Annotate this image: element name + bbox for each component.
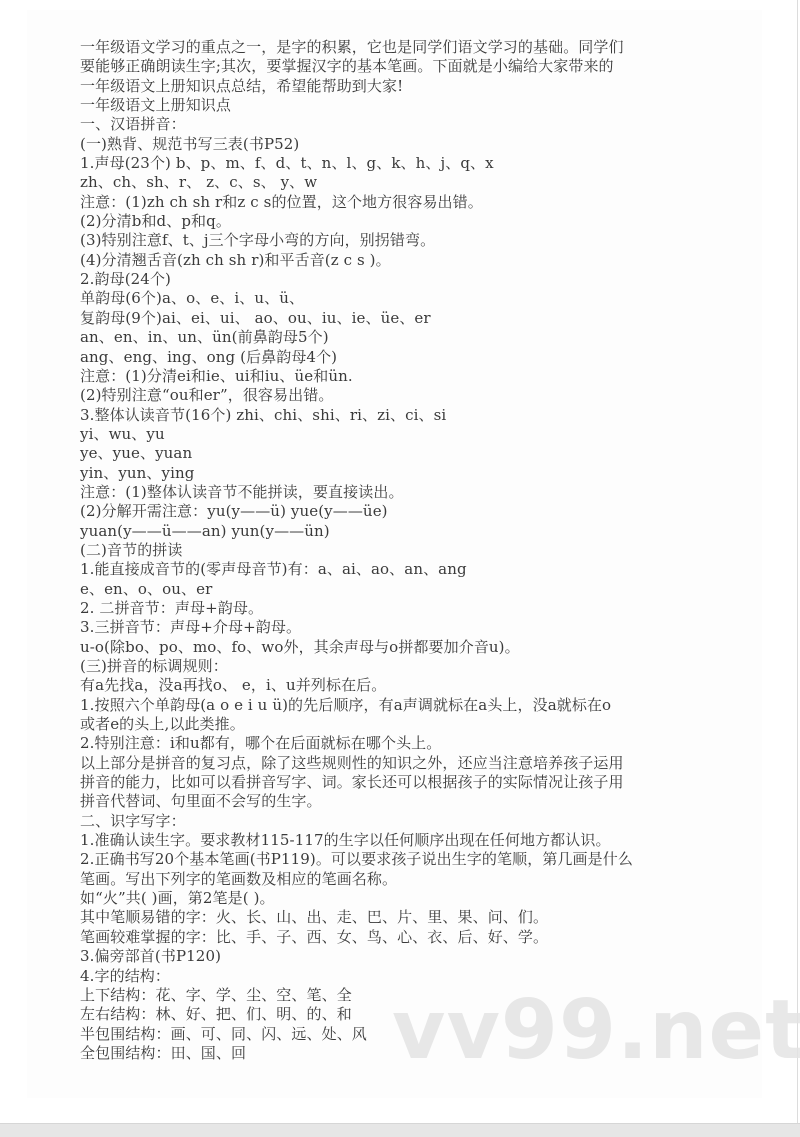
text-line: 笔画较难掌握的字：比、手、子、西、女、鸟、心、衣、后、好、学。	[80, 928, 760, 947]
text-line: 上下结构：花、字、学、尘、空、笔、全	[80, 986, 760, 1005]
text-line: 2.特别注意：i和u都有，哪个在后面就标在哪个头上。	[80, 734, 760, 753]
text-line: 1.准确认读生字。要求教材115-117的生字以任何顺序出现在任何地方都认识。	[80, 831, 760, 850]
intro-line-2: 要能够正确朗读生字;其次，要掌握汉字的基本笔画。下面就是小编给大家带来的	[80, 57, 760, 76]
text-line: (2)分清b和d、p和q。	[80, 212, 760, 231]
text-line: 1.按照六个单韵母(a o e i u ü)的先后顺序，有a声调就标在a头上，没…	[80, 696, 760, 715]
text-line: (4)分清翘舌音(zh ch sh r)和平舌音(z c s )。	[80, 251, 760, 270]
text-line: 3.三拼音节：声母+介母+韵母。	[80, 618, 760, 637]
text-line: 笔画。写出下列字的笔画数及相应的笔画名称。	[80, 870, 760, 889]
section-heading-characters: 二、识字写字：	[80, 812, 760, 831]
text-line: 或者e的头上,以此类推。	[80, 715, 760, 734]
text-line: 1.声母(23个) b、p、m、f、d、t、n、l、g、k、h、j、q、x	[80, 154, 760, 173]
text-line: yin、yun、ying	[80, 464, 760, 483]
text-line: 如“火”共( )画，第2笔是( )。	[80, 889, 760, 908]
text-line: 以上部分是拼音的复习点，除了这些规则性的知识之外，还应当注意培养孩子运用	[80, 754, 760, 773]
text-line: 拼音代替词、句里面不会写的生字。	[80, 792, 760, 811]
text-line: 2.正确书写20个基本笔画(书P119)。可以要求孩子说出生字的笔顺，第几画是什…	[80, 850, 760, 869]
text-line: (2)分解开需注意：yu(y——ü) yue(y——üe)	[80, 502, 760, 521]
page-bottom-edge	[0, 1123, 800, 1137]
text-line: 注意：(1)整体认读音节不能拼读，要直接读出。	[80, 483, 760, 502]
text-line: 注意：(1)分清ei和ie、ui和iu、üe和ün.	[80, 367, 760, 386]
text-line: 4.字的结构：	[80, 967, 760, 986]
text-line: 复韵母(9个)ai、ei、ui、 ao、ou、iu、ie、üe、er	[80, 309, 760, 328]
text-line: 左右结构：林、好、把、们、明、的、和	[80, 1005, 760, 1024]
document-body: 一年级语文学习的重点之一，是字的积累，它也是同学们语文学习的基础。同学们 要能够…	[80, 38, 760, 1063]
text-line: 2.韵母(24个)	[80, 270, 760, 289]
text-line: zh、ch、sh、r、 z、c、s、 y、w	[80, 173, 760, 192]
text-line: 3.整体认读音节(16个) zhi、chi、shi、ri、zi、ci、si	[80, 406, 760, 425]
document-title: 一年级语文上册知识点	[80, 96, 760, 115]
subsection-heading: (二)音节的拼读	[80, 541, 760, 560]
text-line: e、en、o、ou、er	[80, 580, 760, 599]
text-line: 注意：(1)zh ch sh r和z c s的位置，这个地方很容易出错。	[80, 193, 760, 212]
text-line: 有a先找a，没a再找o、 e，i、u并列标在后。	[80, 676, 760, 695]
intro-line-3: 一年级语文上册知识点总结，希望能帮助到大家!	[80, 77, 760, 96]
text-line: 2. 二拼音节：声母+韵母。	[80, 599, 760, 618]
section-heading-pinyin: 一、汉语拼音：	[80, 115, 760, 134]
text-line: 全包围结构：田、国、回	[80, 1044, 760, 1063]
text-line: 其中笔顺易错的字：火、长、山、出、走、巴、片、里、果、问、们。	[80, 908, 760, 927]
text-line: 单韵母(6个)a、o、e、i、u、ü、	[80, 289, 760, 308]
text-line: yuan(y——ü——an) yun(y——ün)	[80, 522, 760, 541]
text-line: 半包围结构：画、可、同、闪、远、处、风	[80, 1025, 760, 1044]
text-line: ang、eng、ing、ong (后鼻韵母4个)	[80, 348, 760, 367]
text-line: an、en、in、un、ün(前鼻韵母5个)	[80, 328, 760, 347]
subsection-heading: (三)拼音的标调规则：	[80, 657, 760, 676]
subsection-heading: (一)熟背、规范书写三表(书P52)	[80, 135, 760, 154]
text-line: yi、wu、yu	[80, 425, 760, 444]
text-line: ye、yue、yuan	[80, 444, 760, 463]
text-line: 1.能直接成音节的(零声母音节)有：a、ai、ao、an、ang	[80, 560, 760, 579]
text-line: (3)特别注意f、t、j三个字母小弯的方向，别拐错弯。	[80, 231, 760, 250]
text-line: (2)特别注意“ou和er”，很容易出错。	[80, 386, 760, 405]
text-line: 3.偏旁部首(书P120)	[80, 947, 760, 966]
text-line: 拼音的能力，比如可以看拼音写字、词。家长还可以根据孩子的实际情况让孩子用	[80, 773, 760, 792]
intro-line-1: 一年级语文学习的重点之一，是字的积累，它也是同学们语文学习的基础。同学们	[80, 38, 760, 57]
text-line: u-o(除bo、po、mo、fo、wo外，其余声母与o拼都要加介音u)。	[80, 638, 760, 657]
